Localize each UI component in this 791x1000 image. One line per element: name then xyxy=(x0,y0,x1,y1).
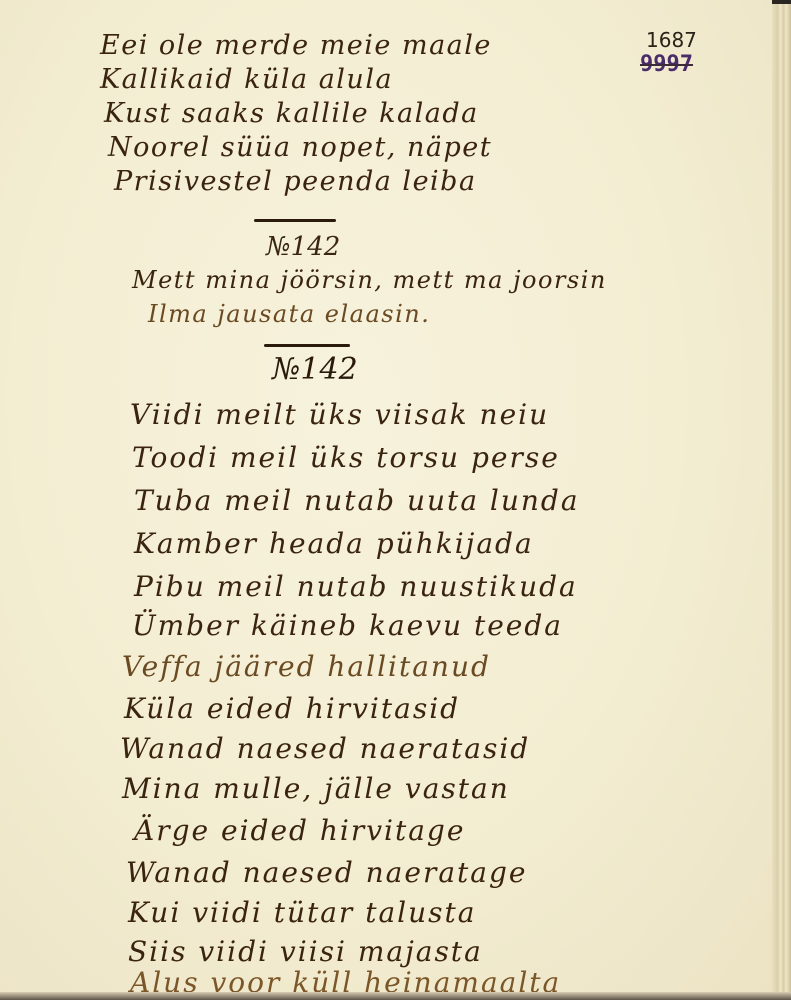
verse-line: Ümber käineb kaevu teeda xyxy=(132,609,563,642)
poem-number-heading: №142 xyxy=(266,232,340,262)
verse-line: Ärge eided hirvitage xyxy=(134,814,465,847)
verse-line: Kust saaks kallile kalada xyxy=(104,98,479,129)
page-bottom-edge xyxy=(0,992,791,1000)
verse-line: Kamber heada pühkijada xyxy=(134,527,534,560)
verse-line: Pibu meil nutab nuustikuda xyxy=(134,570,578,603)
archive-number: 1687 xyxy=(646,28,697,52)
verse-line: Siis viidi viisi majasta xyxy=(128,935,483,968)
section-divider xyxy=(254,219,336,222)
verse-line: Prisivestel peenda leiba xyxy=(114,166,477,197)
manuscript-page: 1687 9997 Eei ole merde meie maale Kalli… xyxy=(0,0,772,992)
verse-line: Wanad naesed naeratasid xyxy=(120,732,530,765)
stacked-page-edges xyxy=(772,4,791,1000)
verse-line: Kui viidi tütar talusta xyxy=(128,896,476,929)
verse-line: Mina mulle, jälle vastan xyxy=(122,772,510,805)
verse-line: Wanad naesed naeratage xyxy=(126,856,527,889)
verse-line: Noorel süüa nopet, näpet xyxy=(108,132,492,163)
verse-line: Veffa jääred hallitanud xyxy=(122,650,491,683)
section-divider xyxy=(264,344,350,347)
verse-line: Toodi meil üks torsu perse xyxy=(132,441,560,474)
verse-line: Küla eided hirvitasid xyxy=(124,692,460,725)
verse-line: Tuba meil nutab uuta lunda xyxy=(134,484,580,517)
verse-line: Mett mina jöörsin, mett ma joorsin xyxy=(132,266,607,294)
verse-line: Ilma jausata elaasin. xyxy=(148,300,430,328)
archive-number-crossed-out: 9997 xyxy=(640,52,693,77)
verse-line: Kallikaid küla alula xyxy=(100,64,393,95)
poem-number-heading: №142 xyxy=(272,352,358,387)
verse-line: Viidi meilt üks viisak neiu xyxy=(130,398,549,431)
verse-line: Eei ole merde meie maale xyxy=(100,30,492,61)
